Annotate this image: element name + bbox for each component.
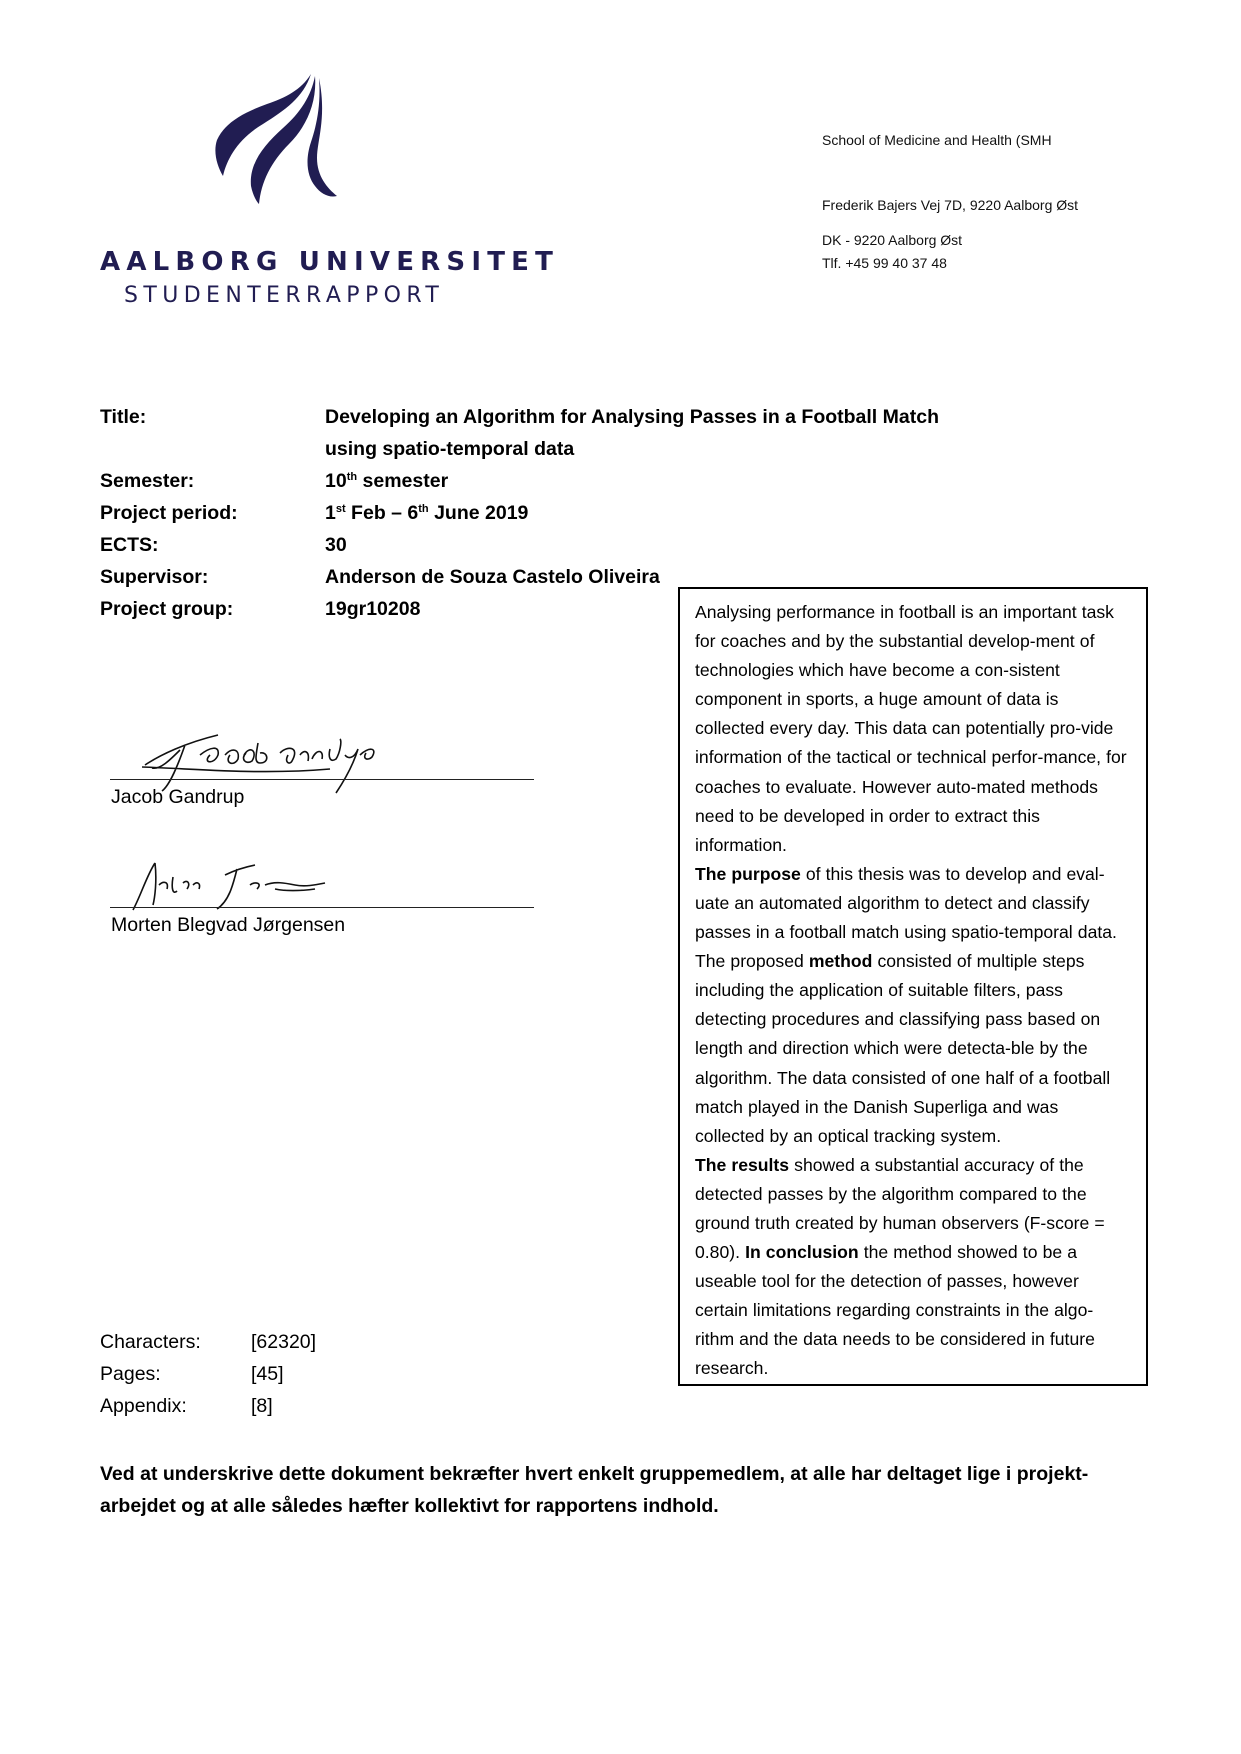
aau-logo-icon	[205, 70, 345, 210]
title-line-2: using spatio-temporal data	[325, 438, 574, 460]
characters-value: [62320]	[251, 1331, 316, 1354]
abstract-box: Analysing performance in football is an …	[678, 587, 1148, 1386]
abstract-purpose: The purpose of this thesis was to develo…	[695, 860, 1132, 1151]
signature-2-icon	[125, 855, 355, 915]
address-school: School of Medicine and Health (SMH	[822, 132, 1052, 148]
semester-sup: th	[347, 471, 357, 483]
declaration-text: Ved at underskrive dette dokument bekræf…	[100, 1458, 1140, 1522]
purpose-heading: The purpose	[695, 864, 801, 884]
signature-line-1	[110, 779, 534, 780]
period-start-sup: st	[336, 503, 346, 515]
results-heading: The results	[695, 1155, 789, 1175]
ects-label: ECTS:	[100, 534, 159, 556]
signatory-name-2: Morten Blegvad Jørgensen	[111, 914, 345, 937]
pages-value: [45]	[251, 1363, 284, 1386]
period-label: Project period:	[100, 502, 238, 524]
ects-value: 30	[325, 534, 347, 556]
report-type: STUDENTERRAPPORT	[124, 283, 444, 308]
university-name: AALBORG UNIVERSITET	[100, 247, 559, 277]
semester-value: 10th semester	[325, 470, 448, 492]
pages-label: Pages:	[100, 1363, 161, 1386]
conclusion-heading: In conclusion	[745, 1242, 859, 1262]
period-rest: June 2019	[429, 502, 529, 524]
title-label: Title:	[100, 406, 146, 428]
group-value: 19gr10208	[325, 598, 420, 620]
group-label: Project group:	[100, 598, 233, 620]
address-street: Frederik Bajers Vej 7D, 9220 Aalborg Øst	[822, 197, 1078, 213]
supervisor-value: Anderson de Souza Castelo Oliveira	[325, 566, 660, 588]
characters-label: Characters:	[100, 1331, 201, 1354]
appendix-value: [8]	[251, 1395, 273, 1418]
abstract-results: The results showed a substantial accurac…	[695, 1151, 1132, 1384]
appendix-label: Appendix:	[100, 1395, 187, 1418]
purpose-text-b: consisted of multiple steps including th…	[695, 951, 1110, 1146]
semester-label: Semester:	[100, 470, 194, 492]
signature-line-2	[110, 907, 534, 908]
method-heading: method	[809, 951, 873, 971]
signature-1-icon	[140, 725, 400, 795]
abstract-intro: Analysing performance in football is an …	[695, 598, 1132, 860]
conclusion-text: the method showed to be a useable tool f…	[695, 1242, 1095, 1378]
period-value: 1st Feb – 6th June 2019	[325, 502, 528, 524]
semester-rest: semester	[357, 470, 448, 492]
title-line-1: Developing an Algorithm for Analysing Pa…	[325, 406, 939, 428]
semester-num: 10	[325, 470, 347, 492]
period-end-sup: th	[418, 503, 428, 515]
address-city: DK - 9220 Aalborg Øst	[822, 232, 962, 248]
address-phone: Tlf. +45 99 40 37 48	[822, 255, 947, 271]
period-mid: Feb – 6	[346, 502, 419, 524]
signatory-name-1: Jacob Gandrup	[111, 786, 244, 809]
period-start-num: 1	[325, 502, 336, 524]
abstract-text: Analysing performance in football is an …	[695, 598, 1132, 1384]
supervisor-label: Supervisor:	[100, 566, 208, 588]
